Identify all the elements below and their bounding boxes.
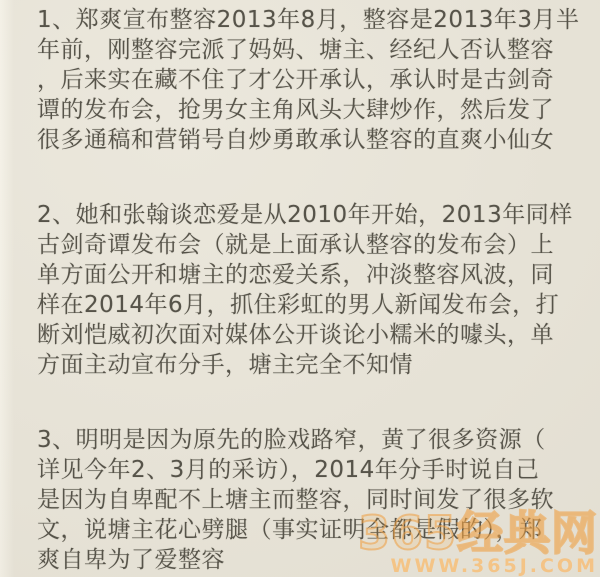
text-line: 年前，刚整容完派了妈妈、塘主、经纪人否认整容 <box>37 35 572 65</box>
text-line: 爽自卑为了爱整容 <box>37 545 572 575</box>
post-screenshot: 1、郑爽宣布整容2013年8月，整容是2013年3月半 年前，刚整容完派了妈妈、… <box>0 0 600 577</box>
text-line: 方面主动宣布分手，塘主完全不知情 <box>37 350 572 380</box>
text-line: 断刘恺威初次面对媒体公开谈论小糯米的噱头，单 <box>37 320 572 350</box>
text-line: 1、郑爽宣布整容2013年8月，整容是2013年3月半 <box>37 5 572 35</box>
text-line: 2、她和张翰谈恋爱是从2010年开始，2013年同样 <box>37 200 572 230</box>
text-line: 古剑奇谭发布会（就是上面承认整容的发布会）上 <box>37 230 572 260</box>
text-line: 详见今年2、3月的采访），2014年分手时说自己 <box>37 455 572 485</box>
paragraph-1: 1、郑爽宣布整容2013年8月，整容是2013年3月半 年前，刚整容完派了妈妈、… <box>37 5 572 155</box>
text-line: ，后来实在藏不住了才公开承认，承认时是古剑奇 <box>37 65 572 95</box>
text-line: 是因为自卑配不上塘主而整容，同时间发了很多软 <box>37 485 572 515</box>
text-line: 单方面公开和塘主的恋爱关系，冲淡整容风波，同 <box>37 260 572 290</box>
text-line: 谭的发布会，抢男女主角风头大肆炒作，然后发了 <box>37 95 572 125</box>
text-line: 很多通稿和营销号自炒勇敢承认整容的直爽小仙女 <box>37 125 572 155</box>
text-line: 文，说塘主花心劈腿（事实证明全都是假的），郑 <box>37 515 572 545</box>
paragraph-2: 2、她和张翰谈恋爱是从2010年开始，2013年同样 古剑奇谭发布会（就是上面承… <box>37 200 572 380</box>
paragraph-3: 3、明明是因为原先的脸戏路窄，黄了很多资源（ 详见今年2、3月的采访），2014… <box>37 425 572 575</box>
text-line: 3、明明是因为原先的脸戏路窄，黄了很多资源（ <box>37 425 572 455</box>
text-line: 样在2014年6月，抓住彩虹的男人新闻发布会，打 <box>37 290 572 320</box>
post-text: 1、郑爽宣布整容2013年8月，整容是2013年3月半 年前，刚整容完派了妈妈、… <box>0 0 600 575</box>
